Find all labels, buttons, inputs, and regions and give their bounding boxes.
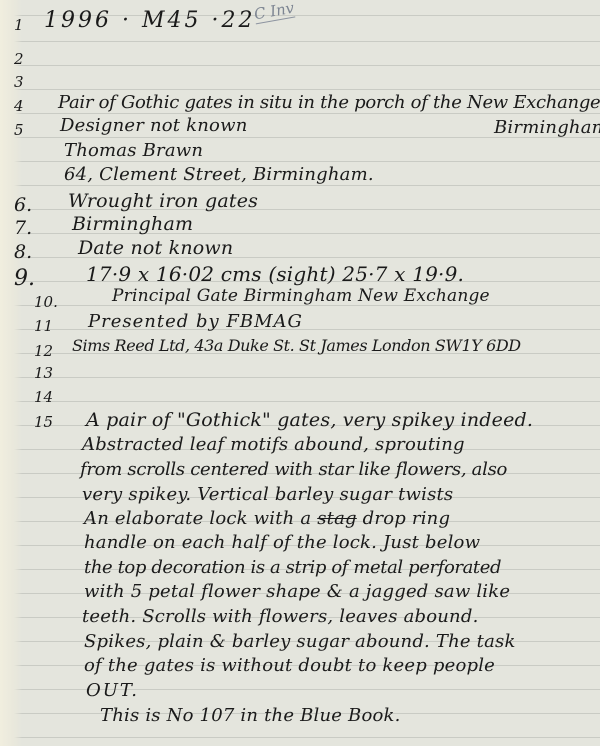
line-number-3: 3	[14, 73, 24, 91]
line-number-15: 15	[34, 413, 53, 431]
description-text: drop ring	[357, 508, 450, 529]
line-number-9: 9.	[14, 266, 35, 291]
description-line: very spikey. Vertical barley sugar twist…	[82, 484, 453, 505]
description-line: OUT.	[86, 680, 139, 701]
description-line: Spikes, plain & barley sugar abound. The…	[84, 631, 516, 652]
description-line: the top decoration is a strip of metal p…	[84, 557, 501, 578]
line-number-7: 7.	[14, 217, 32, 239]
register-page: C Inv 1 1996 · M45 ·22 2 3 4 Pair of Got…	[0, 0, 600, 746]
line-number-10: 10.	[34, 293, 58, 311]
maker-name: Thomas Brawn	[64, 140, 203, 161]
line-number-13: 13	[34, 364, 53, 382]
place-of-manufacture: Birmingham	[72, 213, 193, 235]
provenance: Presented by FBMAG	[88, 311, 303, 332]
description-line: of the gates is without doubt to keep pe…	[84, 655, 495, 676]
maker-address: 64, Clement Street, Birmingham.	[64, 164, 374, 185]
object-title-location: Birmingham	[494, 117, 600, 138]
description-line: with 5 petal flower shape & a jagged saw…	[84, 581, 510, 602]
line-number-14: 14	[34, 388, 53, 406]
accession-number: 1996 · M45 ·22	[44, 8, 255, 33]
description-line: from scrolls centered with star like flo…	[80, 459, 507, 480]
line-number-12: 12	[34, 342, 53, 360]
line-number-11: 11	[34, 317, 53, 335]
line-number-2: 2	[14, 50, 24, 68]
line-number-1: 1	[14, 16, 24, 34]
dimensions: 17·9 x 16·02 cms (sight) 25·7 x 19·9.	[86, 262, 464, 286]
description-line-lock: An elaborate lock with a stag drop ring	[84, 508, 450, 529]
description-line: handle on each half of the lock. Just be…	[84, 532, 480, 553]
description-line: Abstracted leaf motifs abound, sprouting	[82, 434, 465, 455]
line-number-6: 6.	[14, 194, 32, 216]
line-number-5: 5	[14, 121, 24, 139]
object-title: Pair of Gothic gates in situ in the porc…	[58, 92, 600, 113]
date: Date not known	[78, 237, 233, 259]
line-number-4: 4	[14, 97, 24, 115]
line-number-8: 8.	[14, 241, 32, 263]
pencil-annotation: C Inv	[253, 0, 296, 24]
material: Wrought iron gates	[68, 190, 258, 212]
description-opening: A pair of "Gothick" gates, very spikey i…	[86, 409, 533, 431]
description-text: An elaborate lock with a	[84, 508, 311, 529]
designer: Designer not known	[60, 115, 248, 136]
blue-book-reference: This is No 107 in the Blue Book.	[100, 705, 401, 726]
inscription: Principal Gate Birmingham New Exchange	[112, 286, 490, 306]
struck-out-word: stag	[317, 508, 357, 529]
description-line: teeth. Scrolls with flowers, leaves abou…	[82, 606, 479, 627]
vendor: Sims Reed Ltd, 43a Duke St. St James Lon…	[72, 336, 521, 355]
